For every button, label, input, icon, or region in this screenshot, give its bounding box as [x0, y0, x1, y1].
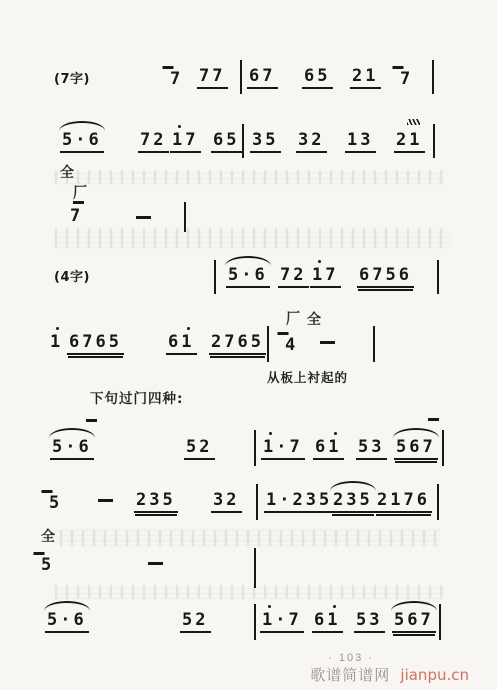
digit: 7: [140, 130, 153, 150]
digit: 2: [396, 130, 409, 150]
note-digits: 67: [247, 66, 278, 89]
note-digits: 235: [331, 490, 375, 513]
note-digits: 567: [394, 437, 438, 460]
digit: ·: [65, 437, 78, 457]
note-235: 235: [331, 490, 375, 513]
note-17: 17: [170, 130, 201, 153]
note-56: 5·6: [60, 130, 104, 153]
note-digits: 13: [345, 130, 376, 153]
note-567: 567: [392, 610, 436, 633]
digit: 7: [423, 437, 436, 457]
note-67: 67: [247, 66, 278, 89]
note-digits: 17: [170, 130, 201, 153]
digit: 1: [181, 332, 194, 352]
digit: 6: [407, 610, 420, 630]
digit: 2: [293, 490, 306, 510]
digit: 7: [199, 66, 212, 86]
note-digits: 7: [68, 206, 85, 227]
octave-dot: [333, 605, 336, 608]
note-digits: 72: [278, 265, 309, 288]
digit: 3: [346, 490, 359, 510]
digit: 1: [50, 332, 63, 352]
digit: 5: [186, 437, 199, 457]
scanned-score-page: { "page": { "background": "#f7f6f2", "in…: [0, 0, 497, 690]
held-note-dash: [320, 341, 335, 344]
digit: 5: [163, 490, 176, 510]
digit: 5: [394, 610, 407, 630]
note-56: 5·6: [45, 610, 89, 633]
note-72: 72: [138, 130, 169, 153]
caption-text: 从板上衬起的: [267, 368, 348, 386]
note-61: 61: [313, 437, 344, 460]
barline: [432, 60, 434, 94]
note-21: 21: [394, 130, 425, 153]
digit: 5: [109, 332, 122, 352]
digit: 2: [211, 332, 224, 352]
barline: [267, 326, 269, 362]
barline: [433, 124, 435, 158]
note-6756: 6756: [357, 265, 414, 288]
digit: 3: [213, 490, 226, 510]
note-52: 52: [180, 610, 211, 633]
note-21: 21: [350, 66, 381, 89]
note-5: 5: [39, 552, 56, 576]
digit: 6: [304, 66, 317, 86]
octave-dot: [56, 327, 59, 330]
octave-dot: [187, 327, 190, 330]
phrase-label: (4字): [54, 266, 90, 285]
digit: 6: [79, 437, 92, 457]
digit: 7: [224, 332, 237, 352]
digit: 5: [41, 555, 54, 575]
note-1235: 1·235: [264, 490, 334, 513]
note-5: 5: [47, 490, 64, 514]
note-digits: 5·6: [226, 265, 270, 288]
digit: 5: [182, 610, 195, 630]
barline: [439, 604, 441, 640]
note-6765: 6765: [67, 332, 124, 355]
digit: 4: [285, 335, 298, 355]
digit: 5: [52, 437, 65, 457]
digit: 1: [328, 437, 341, 457]
digit: 5: [47, 610, 60, 630]
digit: 6: [74, 610, 87, 630]
digit: 7: [185, 130, 198, 150]
phrase-label: (7字): [54, 68, 90, 87]
note-13: 13: [345, 130, 376, 153]
note-72: 72: [278, 265, 309, 288]
note-65: 65: [302, 66, 333, 89]
note-digits: 21: [350, 66, 381, 89]
note-digits: 1·7: [261, 437, 305, 460]
digit: 5: [396, 437, 409, 457]
held-note-dash: [98, 499, 113, 502]
digit: 2: [195, 610, 208, 630]
note-7: 7: [68, 206, 85, 227]
note-digits: 2765: [209, 332, 266, 355]
note-digits: 5: [39, 555, 56, 576]
digit: 1: [172, 130, 185, 150]
digit: 5: [386, 265, 399, 285]
digit: 7: [290, 437, 303, 457]
note-digits: 1·235: [264, 490, 334, 513]
watermark-site-name: 歌谱简谱网: [310, 667, 390, 684]
digit: ·: [241, 265, 254, 285]
note-56: 5·6: [226, 265, 270, 288]
digit: 3: [360, 130, 373, 150]
digit: 7: [404, 490, 417, 510]
digit: 2: [333, 490, 346, 510]
digit: 6: [409, 437, 422, 457]
digit: 6: [69, 332, 82, 352]
scan-artifact: [60, 530, 440, 546]
digit: 6: [89, 130, 102, 150]
note-digits: 7: [398, 69, 415, 90]
digit: 7: [400, 69, 413, 89]
digit: 5: [251, 332, 264, 352]
note-digits: 72: [138, 130, 169, 153]
barline: [242, 124, 244, 158]
digit: 7: [82, 332, 95, 352]
caption-text: 下句过门四种:: [90, 387, 183, 407]
digit: 5: [360, 490, 373, 510]
note-17: 1·7: [260, 610, 304, 633]
digit: ·: [75, 130, 88, 150]
note-digits: 235: [134, 490, 178, 513]
note-4: 4: [283, 332, 300, 356]
digit: 2: [377, 490, 390, 510]
digit: 3: [306, 490, 319, 510]
note-digits: 1: [48, 332, 65, 353]
digit: 6: [238, 332, 251, 352]
digit: 6: [213, 130, 226, 150]
digit: 5: [62, 130, 75, 150]
digit: 7: [212, 66, 225, 86]
note-32: 32: [296, 130, 327, 153]
digit: 5: [356, 610, 369, 630]
digit: 3: [149, 490, 162, 510]
barline: [254, 604, 256, 640]
note-digits: 77: [197, 66, 228, 89]
note-digits: 53: [356, 437, 387, 460]
page-number: · 103 ·: [310, 652, 374, 666]
digit: 7: [289, 610, 302, 630]
barline: [256, 484, 258, 520]
note-digits: 567: [392, 610, 436, 633]
note-digits: 7: [168, 69, 185, 90]
note-digits: 5·6: [60, 130, 104, 153]
digit: 1: [347, 130, 360, 150]
barline: [437, 484, 439, 520]
digit: 5: [226, 130, 239, 150]
barline: [254, 430, 256, 466]
digit: 7: [421, 610, 434, 630]
digit: 1: [327, 610, 340, 630]
digit: 7: [372, 265, 385, 285]
barline: [254, 548, 256, 588]
barline: [442, 430, 444, 466]
digit: 1: [365, 66, 378, 86]
articulation-dash: [86, 419, 97, 422]
digit: 2: [199, 437, 212, 457]
note-digits: 1·7: [260, 610, 304, 633]
articulation-dash: [428, 418, 439, 421]
digit: 5: [358, 437, 371, 457]
digit: 7: [70, 206, 83, 226]
octave-dot: [334, 432, 337, 435]
digit: ·: [60, 610, 73, 630]
digit: 1: [262, 610, 275, 630]
watermark: 歌谱简谱网 jianpu.cn: [310, 667, 469, 684]
digit: 6: [315, 437, 328, 457]
scan-artifact: [55, 170, 445, 184]
scan-artifact: [55, 228, 450, 248]
digit: 7: [170, 69, 183, 89]
articulation-dash: [73, 201, 84, 204]
digit: 6: [417, 490, 430, 510]
note-53: 53: [356, 437, 387, 460]
note-digits: 53: [354, 610, 385, 633]
digit: 6: [399, 265, 412, 285]
digit: 6: [255, 265, 268, 285]
barline: [240, 60, 242, 94]
note-56: 5·6: [50, 437, 94, 460]
note-digits: 2176: [375, 490, 432, 513]
digit: 3: [369, 610, 382, 630]
note-17: 17: [310, 265, 341, 288]
note-7: 7: [168, 66, 185, 90]
note-2765: 2765: [209, 332, 266, 355]
scan-artifact: [55, 585, 445, 599]
note-digits: 32: [296, 130, 327, 153]
note-digits: 21: [394, 130, 425, 153]
note-digits: 65: [211, 130, 242, 153]
barline: [437, 260, 439, 294]
note-digits: 52: [180, 610, 211, 633]
note-53: 53: [354, 610, 385, 633]
digit: 2: [226, 490, 239, 510]
note-61: 61: [312, 610, 343, 633]
note-digits: 32: [211, 490, 242, 513]
digit: ·: [276, 437, 289, 457]
note-52: 52: [184, 437, 215, 460]
octave-dot: [318, 260, 321, 263]
note-digits: 5·6: [50, 437, 94, 460]
held-note-dash: [148, 562, 163, 565]
ban-bracket-mark: 厂: [73, 181, 87, 203]
digit: 1: [312, 265, 325, 285]
quan-beat-mark: 全: [41, 526, 55, 546]
digit: ·: [275, 610, 288, 630]
octave-dot: [178, 125, 181, 128]
digit: 5: [49, 493, 62, 513]
digit: 2: [153, 130, 166, 150]
digit: 3: [298, 130, 311, 150]
note-65: 65: [211, 130, 242, 153]
note-35: 35: [250, 130, 281, 153]
note-digits: 6765: [67, 332, 124, 355]
digit: 5: [265, 130, 278, 150]
digit: 1: [409, 130, 422, 150]
held-note-dash: [136, 216, 151, 219]
digit: 6: [96, 332, 109, 352]
digit: 7: [280, 265, 293, 285]
digit: 2: [311, 130, 324, 150]
digit: 2: [136, 490, 149, 510]
digit: 1: [390, 490, 403, 510]
note-digits: 17: [310, 265, 341, 288]
digit: 6: [168, 332, 181, 352]
note-digits: 4: [283, 335, 300, 356]
digit: 1: [266, 490, 279, 510]
barline: [373, 326, 375, 362]
digit: 3: [252, 130, 265, 150]
digit: 1: [263, 437, 276, 457]
note-77: 77: [197, 66, 228, 89]
digit: ·: [279, 490, 292, 510]
digit: 7: [262, 66, 275, 86]
ban-bracket-mark: 厂: [286, 307, 300, 329]
quan-beat-mark: 全: [307, 309, 321, 329]
note-7: 7: [398, 66, 415, 90]
note-567: 567: [394, 437, 438, 460]
note-235: 235: [134, 490, 178, 513]
digit: 6: [249, 66, 262, 86]
page-footer: · 103 · 歌谱简谱网 jianpu.cn: [310, 652, 469, 686]
digit: 5: [228, 265, 241, 285]
digit: 3: [371, 437, 384, 457]
digit: 7: [325, 265, 338, 285]
note-digits: 5: [47, 493, 64, 514]
note-digits: 35: [250, 130, 281, 153]
digit: 2: [352, 66, 365, 86]
digit: 6: [359, 265, 372, 285]
octave-dot: [269, 432, 272, 435]
note-digits: 61: [166, 332, 197, 355]
digit: 6: [314, 610, 327, 630]
note-digits: 6756: [357, 265, 414, 288]
note-2176: 2176: [375, 490, 432, 513]
note-digits: 52: [184, 437, 215, 460]
note-32: 32: [211, 490, 242, 513]
tremolo-mark: [407, 119, 420, 125]
note-17: 1·7: [261, 437, 305, 460]
watermark-domain: jianpu.cn: [400, 666, 469, 684]
barline: [214, 260, 216, 294]
digit: 2: [293, 265, 306, 285]
octave-dot: [268, 605, 271, 608]
note-digits: 61: [313, 437, 344, 460]
note-digits: 5·6: [45, 610, 89, 633]
note-digits: 65: [302, 66, 333, 89]
digit: 5: [317, 66, 330, 86]
note-digits: 61: [312, 610, 343, 633]
note-61: 61: [166, 332, 197, 355]
note-1: 1: [48, 332, 65, 353]
